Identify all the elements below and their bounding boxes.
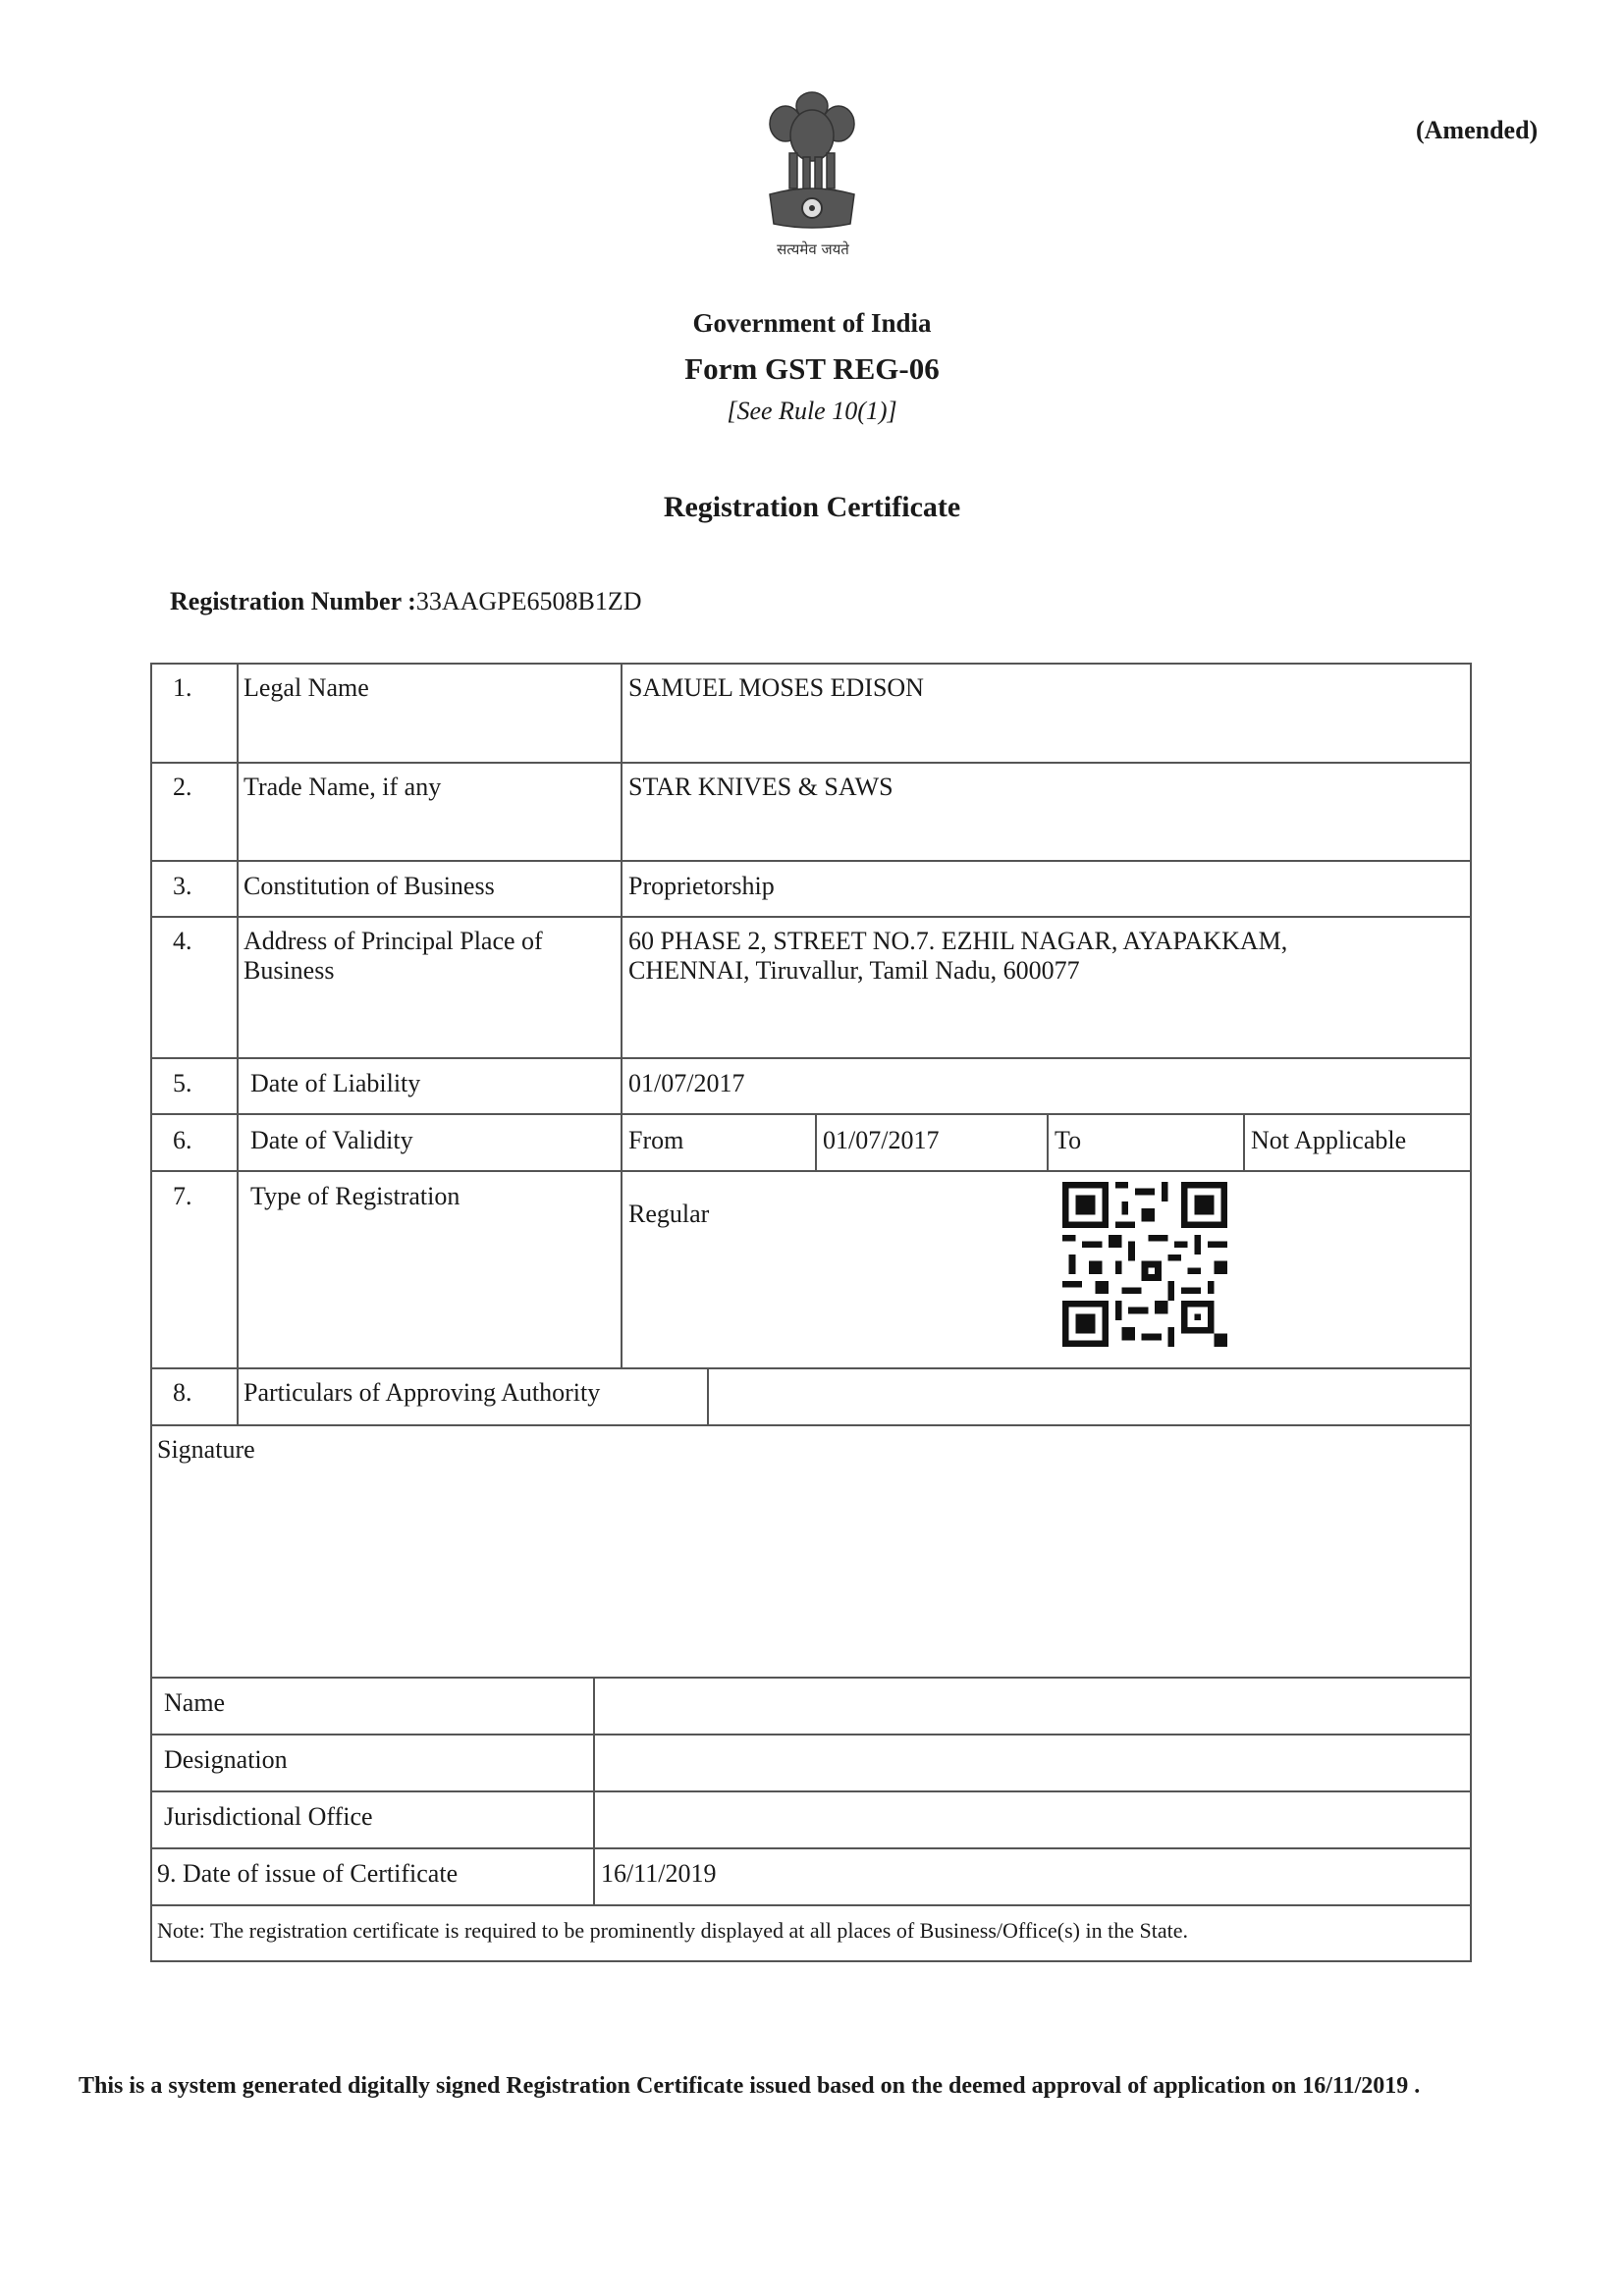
validity-from-label: From [628, 1126, 683, 1155]
legal-name-label: Legal Name [244, 673, 369, 703]
row-number: 6. [173, 1126, 192, 1155]
address-label: Address of Principal Place of Business [244, 927, 607, 986]
form-title: Form GST REG-06 [0, 351, 1624, 387]
registration-type-value: Regular [628, 1200, 709, 1229]
validity-to-value: Not Applicable [1251, 1126, 1406, 1155]
designation-label: Designation [164, 1745, 288, 1775]
amended-label: (Amended) [1416, 116, 1538, 145]
certificate-title: Registration Certificate [0, 491, 1624, 524]
row-number: 8. [173, 1378, 192, 1408]
issue-date-value: 16/11/2019 [601, 1859, 716, 1889]
display-note: Note: The registration certificate is re… [157, 1916, 1188, 1946]
constitution-value: Proprietorship [628, 872, 775, 901]
row-number: 2. [173, 773, 192, 802]
rule-reference: [See Rule 10(1)] [0, 397, 1624, 426]
date-of-validity-label: Date of Validity [250, 1126, 413, 1155]
validity-to-label: To [1055, 1126, 1081, 1155]
row-number: 5. [173, 1069, 192, 1098]
address-value: 60 PHASE 2, STREET NO.7. EZHIL NAGAR, AY… [628, 927, 1394, 986]
registration-number: Registration Number :33AAGPE6508B1ZD [170, 587, 642, 616]
registration-type-label: Type of Registration [250, 1182, 460, 1211]
system-generated-footer: This is a system generated digitally sig… [79, 2073, 1420, 2100]
row-number: 3. [173, 872, 192, 901]
signatory-name-label: Name [164, 1688, 225, 1718]
national-emblem-icon [754, 84, 870, 232]
issue-date-label: 9. Date of issue of Certificate [157, 1859, 458, 1889]
qr-code-icon [1062, 1182, 1227, 1347]
jurisdictional-office-label: Jurisdictional Office [164, 1802, 373, 1832]
row-number: 1. [173, 673, 192, 703]
trade-name-label: Trade Name, if any [244, 773, 441, 802]
validity-from-value: 01/07/2017 [823, 1126, 939, 1155]
registration-number-label: Registration Number : [170, 587, 416, 615]
government-heading: Government of India [0, 308, 1624, 339]
approving-authority-label: Particulars of Approving Authority [244, 1378, 600, 1408]
legal-name-value: SAMUEL MOSES EDISON [628, 673, 924, 703]
trade-name-value: STAR KNIVES & SAWS [628, 773, 893, 802]
registration-number-value: 33AAGPE6508B1ZD [416, 587, 642, 615]
row-number: 7. [173, 1182, 192, 1211]
date-of-liability-label: Date of Liability [250, 1069, 420, 1098]
date-of-liability-value: 01/07/2017 [628, 1069, 744, 1098]
emblem-motto: सत्यमेव जयते [756, 240, 870, 259]
constitution-label: Constitution of Business [244, 872, 495, 901]
signature-label: Signature [157, 1435, 255, 1465]
row-number: 4. [173, 927, 192, 956]
